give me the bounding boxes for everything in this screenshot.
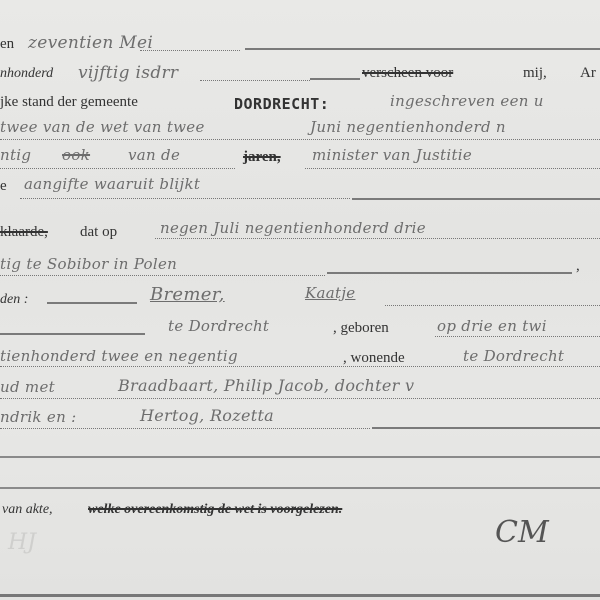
handwritten-date: op drie en twi bbox=[437, 317, 547, 335]
dotted-line bbox=[20, 198, 350, 199]
dotted-line bbox=[155, 238, 600, 239]
handwritten-parents: Hertog, Rozetta bbox=[140, 406, 274, 425]
dotted-line bbox=[0, 366, 600, 367]
printed-label: den : bbox=[0, 292, 28, 308]
printed-text: dat op bbox=[80, 224, 117, 241]
handwritten-text: ud met bbox=[0, 378, 55, 396]
rule-line bbox=[0, 333, 145, 335]
handwritten-text: minister van Justitie bbox=[312, 146, 472, 164]
rule-line bbox=[372, 427, 600, 429]
deceased-given-name: Kaatje bbox=[305, 284, 355, 302]
dotted-line bbox=[0, 275, 325, 276]
handwritten-parents: Braadbaart, Philip Jacob, dochter v bbox=[118, 376, 414, 395]
printed-text: , wonende bbox=[343, 350, 405, 367]
printed-text-struck: verscheen voor bbox=[362, 65, 453, 82]
printed-text: mij, bbox=[523, 65, 547, 82]
rule-line bbox=[310, 78, 360, 80]
separator-line bbox=[0, 487, 600, 489]
handwritten-text: Juni negentienhonderd n bbox=[310, 118, 506, 136]
handwritten-place: tig te Sobibor in Polen bbox=[0, 255, 177, 273]
separator-line bbox=[0, 456, 600, 458]
official-signature: CM bbox=[495, 515, 549, 550]
printed-text: , geboren bbox=[333, 320, 389, 337]
dotted-line bbox=[0, 168, 235, 169]
handwritten-year: vijftig isdrr bbox=[78, 63, 178, 83]
handwritten-text: ntig bbox=[0, 146, 31, 164]
rule-line bbox=[47, 302, 137, 304]
printed-text: nhonderd bbox=[0, 66, 53, 82]
handwritten-text: van de bbox=[128, 146, 180, 164]
rule-line bbox=[245, 48, 600, 50]
document-page: en zeventien Mei nhonderd vijftig isdrr … bbox=[0, 0, 600, 600]
handwritten-text: ndrik en : bbox=[0, 408, 76, 426]
dotted-line bbox=[140, 50, 240, 51]
handwritten-text-struck: ook bbox=[62, 146, 90, 164]
printed-text: Ar bbox=[580, 65, 596, 82]
dotted-line bbox=[0, 398, 600, 399]
dotted-line bbox=[435, 336, 600, 337]
printed-text-struck: jaren, bbox=[243, 149, 281, 166]
dotted-line bbox=[200, 80, 310, 81]
municipality-name: DORDRECHT: bbox=[234, 95, 329, 113]
printed-text-struck: klaarde, bbox=[0, 224, 48, 241]
printed-closing: van akte, bbox=[2, 502, 53, 518]
printed-closing-struck: welke overeenkomstig de wet is voorgelez… bbox=[88, 502, 342, 518]
printed-text: e bbox=[0, 178, 7, 195]
printed-text: , bbox=[576, 258, 580, 275]
faint-initials: HJ bbox=[8, 530, 36, 555]
rule-line bbox=[352, 198, 600, 200]
dotted-line bbox=[0, 428, 370, 429]
handwritten-place: te Dordrecht bbox=[463, 347, 564, 365]
printed-text: jke stand der gemeente bbox=[0, 94, 138, 111]
dotted-line bbox=[0, 139, 600, 140]
handwritten-text: ingeschreven een u bbox=[390, 92, 544, 110]
dotted-line bbox=[305, 168, 600, 169]
printed-text: en bbox=[0, 36, 14, 53]
handwritten-date: zeventien Mei bbox=[28, 33, 153, 53]
rule-line bbox=[327, 272, 572, 274]
handwritten-date: negen Juli negentienhonderd drie bbox=[160, 219, 426, 237]
handwritten-date: tienhonderd twee en negentig bbox=[0, 347, 238, 365]
dotted-line bbox=[385, 305, 600, 306]
handwritten-text: twee van de wet van twee bbox=[0, 118, 205, 136]
deceased-surname: Bremer, bbox=[150, 284, 225, 305]
handwritten-text: aangifte waaruit blijkt bbox=[24, 175, 200, 193]
handwritten-place: te Dordrecht bbox=[168, 317, 269, 335]
separator-line bbox=[0, 594, 600, 597]
